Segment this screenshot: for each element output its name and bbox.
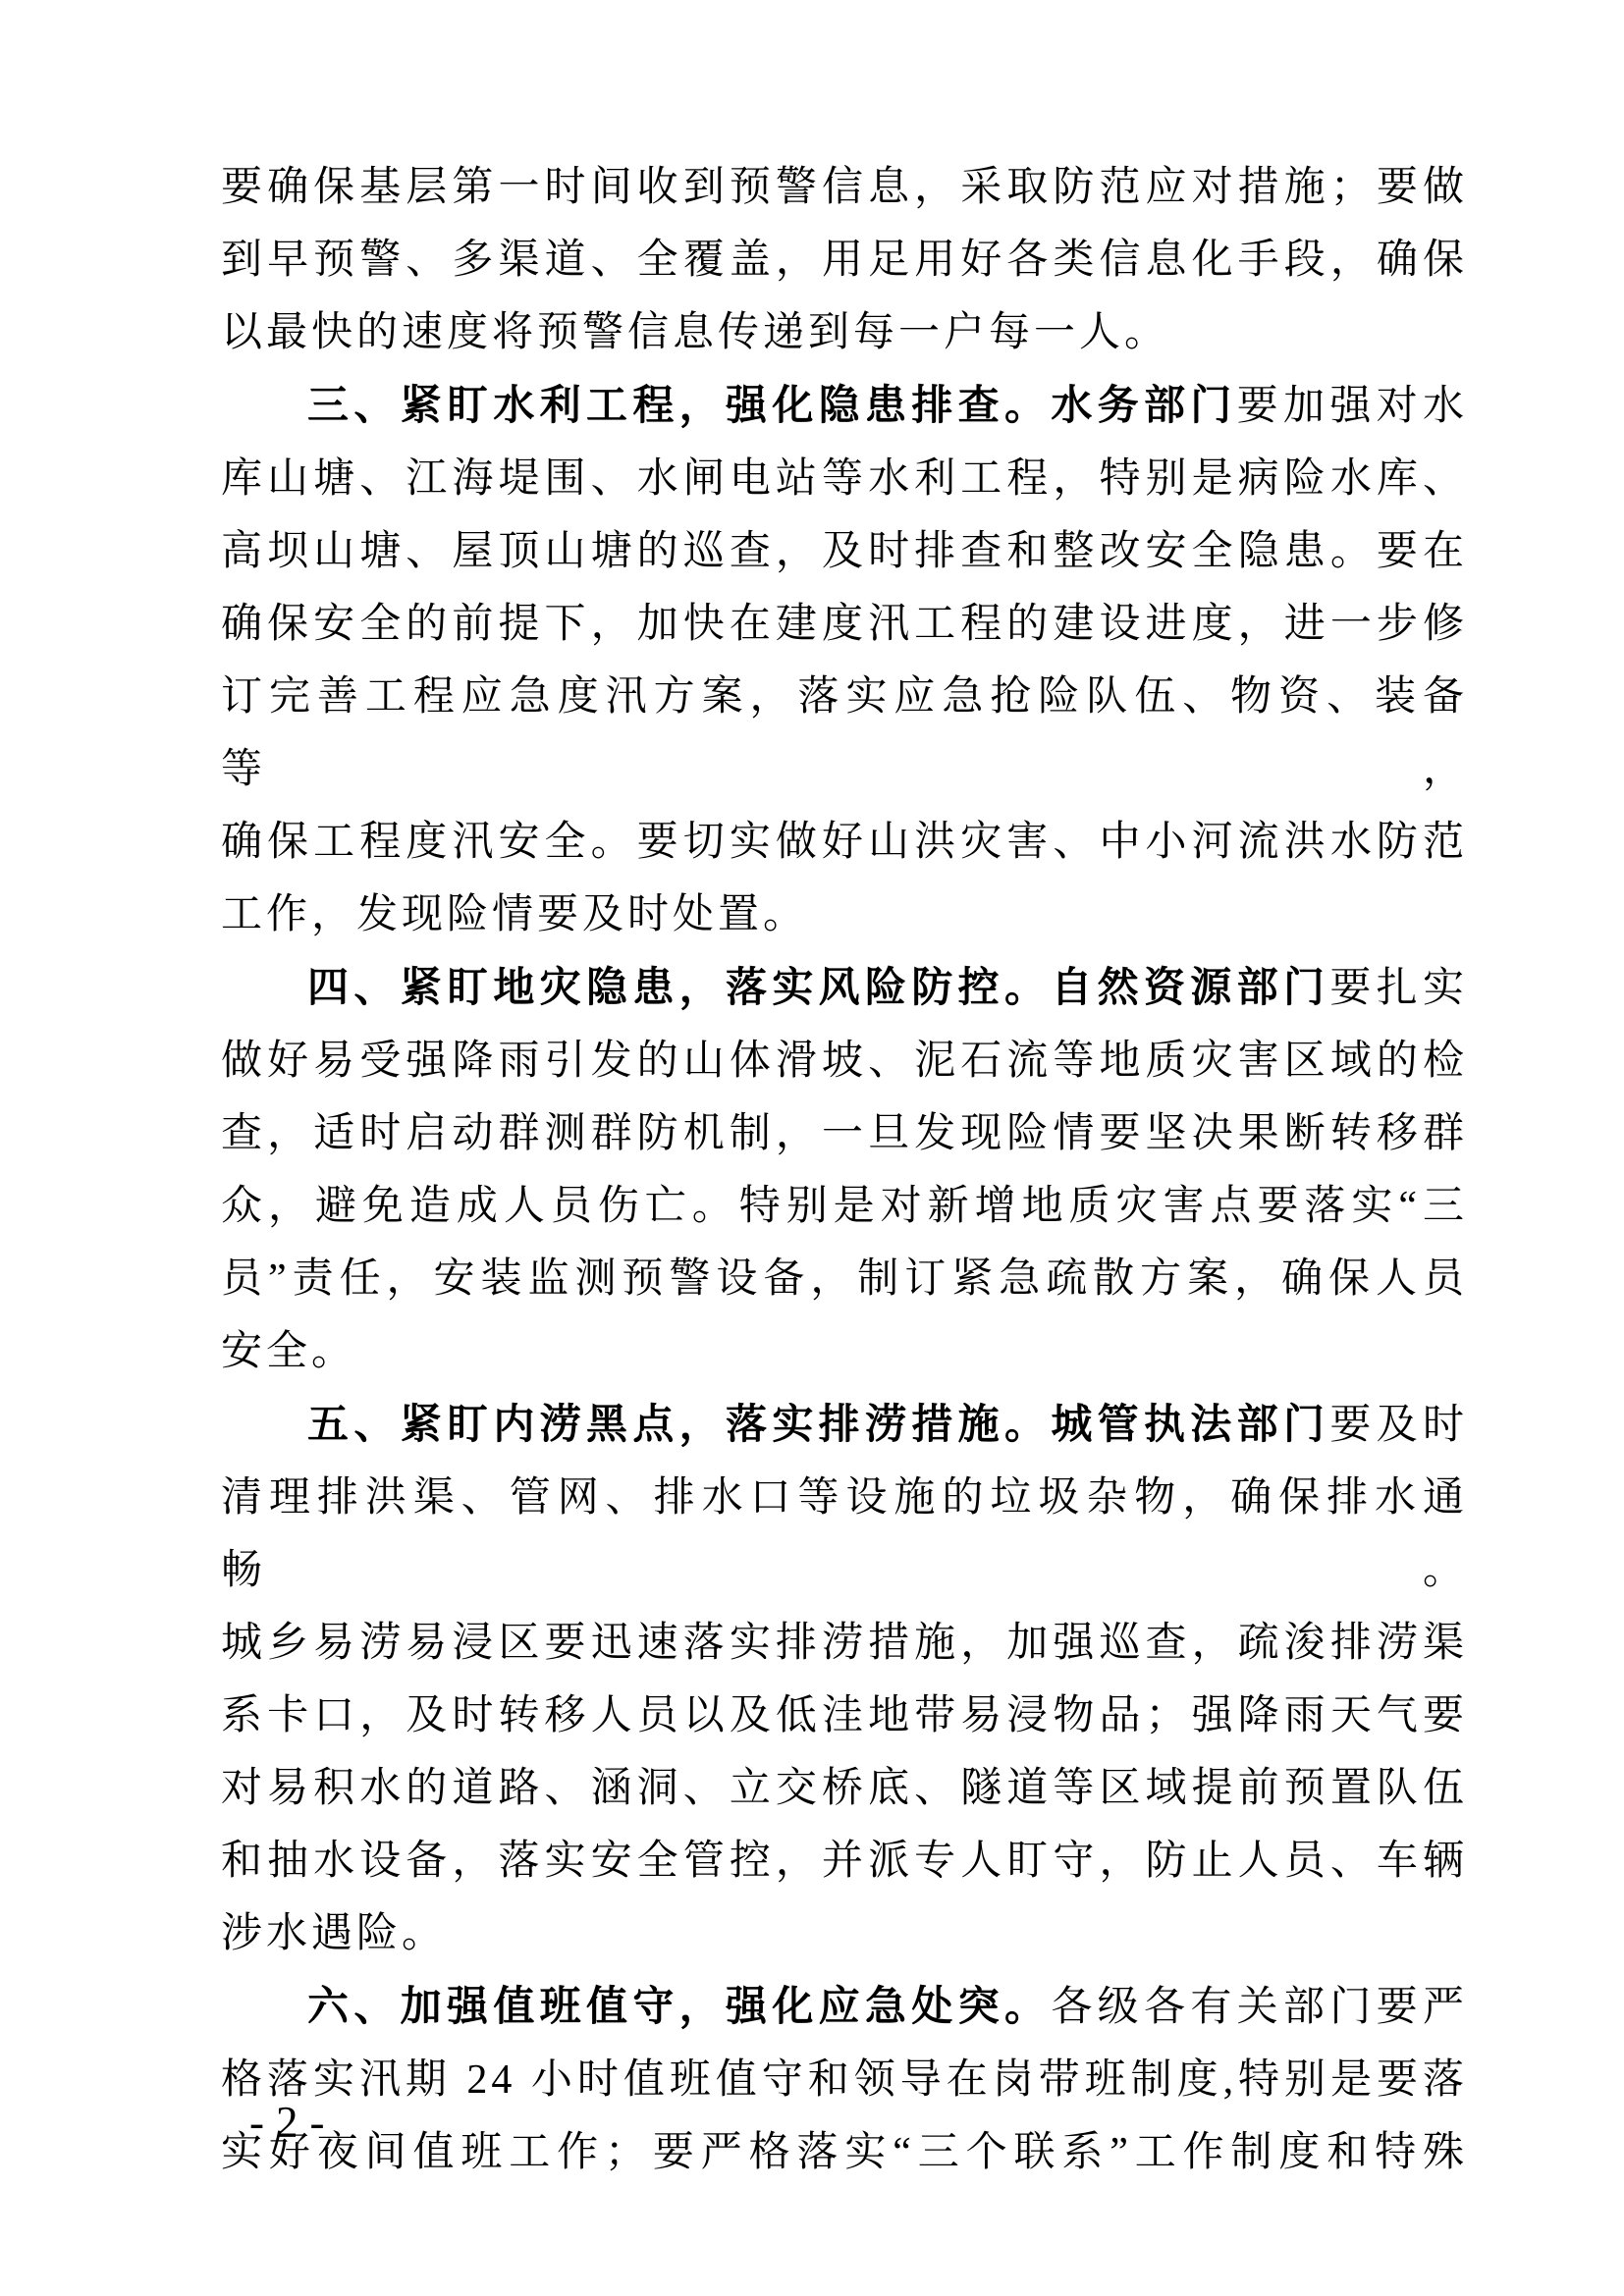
document-line: 确保安全的前提下，加快在建度汛工程的建设进度，进一步修 xyxy=(221,588,1468,661)
document-line: 清理排洪渠、管网、排水口等设施的垃圾杂物，确保排水通畅。 xyxy=(221,1462,1468,1607)
text-run: 安全。 xyxy=(221,1329,356,1374)
document-page: 要确保基层第一时间收到预警信息，采取防范应对措施；要做到早预警、多渠道、全覆盖，… xyxy=(0,0,1624,2296)
text-run: 确保工程度汛安全。要切实做好山洪灾害、中小河流洪水防范 xyxy=(221,820,1468,865)
text-run: 要加强对水 xyxy=(1237,384,1468,429)
document-line: 系卡口，及时转移人员以及低洼地带易浸物品；强降雨天气要 xyxy=(221,1680,1468,1752)
text-run: 订完善工程应急度汛方案，落实应急抢险队伍、物资、装备等， xyxy=(221,674,1468,792)
document-line: 员”责任，安装监测预警设备，制订紧急疏散方案，确保人员 xyxy=(221,1243,1468,1315)
heading-run: 四、紧盯地灾隐患，落实风险防控。自然资源部门 xyxy=(307,964,1329,1010)
text-run: 要扎实 xyxy=(1329,966,1468,1011)
document-line: 高坝山塘、屋顶山塘的巡查，及时排查和整改安全隐患。要在 xyxy=(221,515,1468,588)
text-run: 库山塘、江海堤围、水闸电站等水利工程，特别是病险水库、 xyxy=(221,456,1468,502)
document-line: 和抽水设备，落实安全管控，并派专人盯守，防止人员、车辆 xyxy=(221,1825,1468,1897)
text-run: 各级各有关部门要严 xyxy=(1051,1985,1468,2030)
document-line: 要确保基层第一时间收到预警信息，采取防范应对措施；要做 xyxy=(221,151,1468,224)
document-line: 库山塘、江海堤围、水闸电站等水利工程，特别是病险水库、 xyxy=(221,443,1468,515)
text-run: 到早预警、多渠道、全覆盖，用足用好各类信息化手段，确保 xyxy=(221,238,1468,283)
document-line: 格落实汛期 24 小时值班值守和领导在岗带班制度,特别是要落 xyxy=(221,2044,1468,2116)
page-number: -2- xyxy=(249,2097,336,2148)
document-body: 要确保基层第一时间收到预警信息，采取防范应对措施；要做到早预警、多渠道、全覆盖，… xyxy=(221,151,1468,2189)
document-line: 城乡易涝易浸区要迅速落实排涝措施，加强巡查，疏浚排涝渠 xyxy=(221,1607,1468,1680)
text-run: 清理排洪渠、管网、排水口等设施的垃圾杂物，确保排水通畅。 xyxy=(221,1475,1468,1593)
text-run: 确保安全的前提下，加快在建度汛工程的建设进度，进一步修 xyxy=(221,602,1468,647)
text-run: 以最快的速度将预警信息传递到每一户每一人。 xyxy=(221,310,1169,355)
document-line: 实好夜间值班工作；要严格落实“三个联系”工作制度和特殊 xyxy=(221,2116,1468,2189)
text-run: 高坝山塘、屋顶山塘的巡查，及时排查和整改安全隐患。要在 xyxy=(221,529,1468,574)
text-run: 做好易受强降雨引发的山体滑坡、泥石流等地质灾害区域的检 xyxy=(221,1039,1468,1084)
text-run: 格落实汛期 24 小时值班值守和领导在岗带班制度,特别是要落 xyxy=(221,2057,1468,2103)
text-run: 工作，发现险情要及时处置。 xyxy=(221,892,808,937)
document-line: 订完善工程应急度汛方案，落实应急抢险队伍、物资、装备等， xyxy=(221,661,1468,806)
document-line: 众，避免造成人员伤亡。特别是对新增地质灾害点要落实“三 xyxy=(221,1170,1468,1243)
document-line: 查，适时启动群测群防机制，一旦发现险情要坚决果断转移群 xyxy=(221,1097,1468,1170)
text-run: 要及时 xyxy=(1329,1403,1468,1448)
text-run: 员”责任，安装监测预警设备，制订紧急疏散方案，确保人员 xyxy=(221,1256,1468,1302)
document-line: 以最快的速度将预警信息传递到每一户每一人。 xyxy=(221,296,1468,369)
text-run: 查，适时启动群测群防机制，一旦发现险情要坚决果断转移群 xyxy=(221,1111,1468,1156)
document-line: 到早预警、多渠道、全覆盖，用足用好各类信息化手段，确保 xyxy=(221,224,1468,296)
document-line: 四、紧盯地灾隐患，落实风险防控。自然资源部门要扎实 xyxy=(221,951,1468,1025)
text-run: 众，避免造成人员伤亡。特别是对新增地质灾害点要落实“三 xyxy=(221,1184,1468,1229)
heading-run: 六、加强值班值守，强化应急处突。 xyxy=(307,1983,1051,2029)
document-line: 对易积水的道路、涵洞、立交桥底、隧道等区域提前预置队伍 xyxy=(221,1752,1468,1825)
heading-run: 三、紧盯水利工程，强化隐患排查。水务部门 xyxy=(307,382,1237,428)
document-line: 六、加强值班值守，强化应急处突。各级各有关部门要严 xyxy=(221,1970,1468,2044)
document-line: 安全。 xyxy=(221,1315,1468,1388)
document-line: 工作，发现险情要及时处置。 xyxy=(221,879,1468,951)
document-line: 涉水遇险。 xyxy=(221,1897,1468,1970)
text-run: 对易积水的道路、涵洞、立交桥底、隧道等区域提前预置队伍 xyxy=(221,1766,1468,1811)
text-run: 城乡易涝易浸区要迅速落实排涝措施，加强巡查，疏浚排涝渠 xyxy=(221,1621,1468,1666)
document-line: 三、紧盯水利工程，强化隐患排查。水务部门要加强对水 xyxy=(221,369,1468,443)
document-line: 确保工程度汛安全。要切实做好山洪灾害、中小河流洪水防范 xyxy=(221,806,1468,879)
heading-run: 五、紧盯内涝黑点，落实排涝措施。城管执法部门 xyxy=(307,1401,1329,1447)
document-line: 五、紧盯内涝黑点，落实排涝措施。城管执法部门要及时 xyxy=(221,1388,1468,1462)
text-run: 和抽水设备，落实安全管控，并派专人盯守，防止人员、车辆 xyxy=(221,1839,1468,1884)
text-run: 涉水遇险。 xyxy=(221,1911,447,1956)
text-run: 要确保基层第一时间收到预警信息，采取防范应对措施；要做 xyxy=(221,165,1468,210)
document-line: 做好易受强降雨引发的山体滑坡、泥石流等地质灾害区域的检 xyxy=(221,1025,1468,1097)
text-run: 系卡口，及时转移人员以及低洼地带易浸物品；强降雨天气要 xyxy=(221,1693,1468,1738)
text-run: 实好夜间值班工作；要严格落实“三个联系”工作制度和特殊 xyxy=(221,2130,1468,2175)
